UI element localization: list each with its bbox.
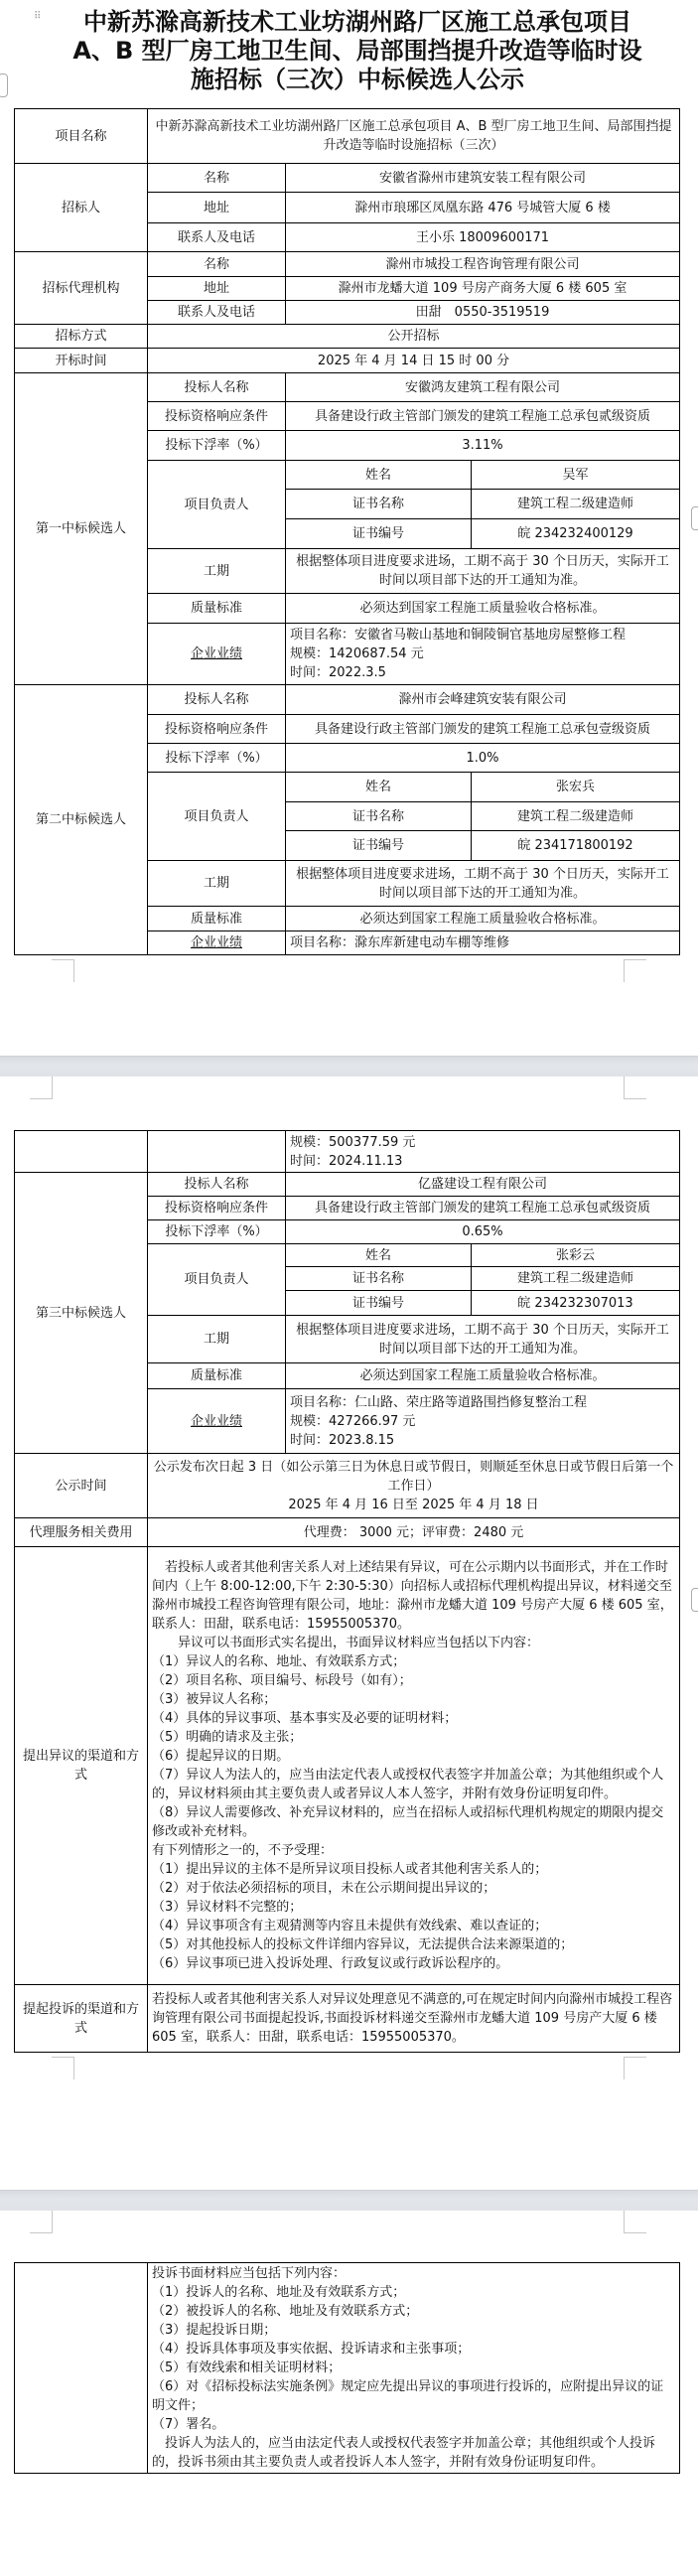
field-label: 项目负责人 bbox=[148, 461, 286, 549]
title-line-1: 中新苏滁高新技术工业坊湖州路厂区施工总承包项目 bbox=[60, 8, 655, 37]
field-label: 企业业绩 bbox=[148, 624, 286, 685]
agency-label: 招标代理机构 bbox=[15, 252, 148, 325]
bid-info-table-continued: 规模：500377.59 元 时间：2024.11.13 第三中标候选人 投标人… bbox=[14, 1130, 680, 2053]
document-page-1: ⠿ 中新苏滁高新技术工业坊湖州路厂区施工总承包项目 A、B 型厂房工地卫生间、局… bbox=[0, 0, 698, 1056]
objection-label: 提出异议的渠道和方式 bbox=[15, 1547, 148, 1985]
field-label: 企业业绩 bbox=[148, 1389, 286, 1454]
candidate-2-bidder: 滁州市会峰建筑安装有限公司 bbox=[286, 685, 680, 715]
title-line-3: 施招标（三次）中标候选人公示 bbox=[60, 66, 655, 94]
candidate-2-cert-no: 皖 234171800192 bbox=[472, 831, 680, 861]
field-label: 项目负责人 bbox=[148, 1244, 286, 1316]
candidate-1-float-rate: 3.11% bbox=[286, 431, 680, 461]
candidate-2-manager-name: 张宏兵 bbox=[472, 773, 680, 802]
field-label: 地址 bbox=[148, 277, 286, 301]
field-label: 姓名 bbox=[286, 773, 472, 802]
objection-text: 若投标人或者其他利害关系人对上述结果有异议，可在公示期内以书面形式，并在工作时间… bbox=[148, 1547, 680, 1985]
page-corner-mark bbox=[30, 1076, 53, 1099]
candidate-3-cert-no: 皖 234232307013 bbox=[472, 1291, 680, 1316]
candidate-2-qualification: 具备建设行政主管部门颁发的建筑工程施工总承包壹级资质 bbox=[286, 715, 680, 744]
field-label: 投标下浮率（%） bbox=[148, 744, 286, 773]
fees-value: 代理费： 3000 元；评审费：2480 元 bbox=[148, 1518, 680, 1547]
field-label: 姓名 bbox=[286, 1244, 472, 1267]
document-page-2: 规模：500377.59 元 时间：2024.11.13 第三中标候选人 投标人… bbox=[0, 1076, 698, 2090]
page-corner-mark bbox=[624, 2057, 646, 2079]
candidate-3-float-rate: 0.65% bbox=[286, 1220, 680, 1244]
project-name-value: 中新苏滁高新技术工业坊湖州路厂区施工总承包项目 A、B 型厂房工地卫生间、局部围… bbox=[148, 109, 680, 164]
agency-address: 滁州市龙蟠大道 109 号房产商务大厦 6 楼 605 室 bbox=[286, 277, 680, 301]
field-label: 投标人名称 bbox=[148, 685, 286, 715]
field-label: 投标人名称 bbox=[148, 1173, 286, 1197]
candidate-3-qualification: 具备建设行政主管部门颁发的建筑工程施工总承包贰级资质 bbox=[286, 1197, 680, 1220]
bid-info-table-continued-2: 投诉书面材料应当包括下列内容： （1）投诉人的名称、地址及有效联系方式； （2）… bbox=[14, 2262, 680, 2474]
page-separator bbox=[0, 2190, 698, 2212]
candidate-3-label: 第三中标候选人 bbox=[15, 1173, 148, 1454]
page-corner-mark bbox=[30, 2211, 53, 2233]
method-label: 招标方式 bbox=[15, 325, 148, 349]
candidate-1-label: 第一中标候选人 bbox=[15, 373, 148, 685]
empty-cell bbox=[148, 1131, 286, 1173]
page-title: 中新苏滁高新技术工业坊湖州路厂区施工总承包项目 A、B 型厂房工地卫生间、局部围… bbox=[60, 8, 655, 94]
candidate-1-cert-name: 建筑工程二级建造师 bbox=[472, 490, 680, 519]
field-label: 投标资格响应条件 bbox=[148, 715, 286, 744]
page-separator bbox=[0, 1056, 698, 1077]
candidate-1-quality: 必须达到国家工程施工质量验收合格标准。 bbox=[286, 594, 680, 624]
field-label: 姓名 bbox=[286, 461, 472, 490]
method-value: 公开招标 bbox=[148, 325, 680, 349]
page-corner-mark bbox=[624, 2211, 646, 2233]
field-label: 工期 bbox=[148, 549, 286, 594]
candidate-2-quality: 必须达到国家工程施工质量验收合格标准。 bbox=[286, 907, 680, 931]
candidate-2-performance-part2: 规模：500377.59 元 时间：2024.11.13 bbox=[286, 1131, 680, 1173]
page-corner-mark bbox=[624, 1076, 646, 1099]
field-label: 证书名称 bbox=[286, 1267, 472, 1291]
complaint-text: 若投标人或者其他利害关系人对异议处理意见不满意的,可在规定时间内向滁州市城投工程… bbox=[148, 1985, 680, 2053]
field-label: 证书编号 bbox=[286, 831, 472, 861]
field-label: 工期 bbox=[148, 861, 286, 907]
field-label: 名称 bbox=[148, 164, 286, 193]
right-side-tab[interactable] bbox=[691, 1588, 698, 1612]
candidate-1-performance: 项目名称：安徽省马鞍山基地和铜陵铜官基地房屋整修工程 规模：1420687.54… bbox=[286, 624, 680, 685]
tenderer-contact: 王小乐 18009600171 bbox=[286, 223, 680, 252]
candidate-2-duration: 根据整体项目进度要求进场，工期不高于 30 个日历天，实际开工时间以项目部下达的… bbox=[286, 861, 680, 907]
empty-cell bbox=[15, 1131, 148, 1173]
publicity-label: 公示时间 bbox=[15, 1454, 148, 1518]
candidate-1-bidder: 安徽鸿友建筑工程有限公司 bbox=[286, 373, 680, 402]
candidate-2-performance-part1: 项目名称：滁东库新建电动车棚等维修 bbox=[286, 931, 680, 955]
field-label: 地址 bbox=[148, 193, 286, 223]
empty-cell bbox=[15, 2263, 148, 2474]
field-label: 投标资格响应条件 bbox=[148, 402, 286, 431]
opening-value: 2025 年 4 月 14 日 15 时 00 分 bbox=[148, 349, 680, 373]
candidate-1-duration: 根据整体项目进度要求进场，工期不高于 30 个日历天，实际开工时间以项目部下达的… bbox=[286, 549, 680, 594]
page-corner-mark bbox=[52, 2057, 74, 2079]
opening-label: 开标时间 bbox=[15, 349, 148, 373]
candidate-3-performance: 项目名称：仁山路、荣庄路等道路围挡修复整治工程 规模：427266.97 元 时… bbox=[286, 1389, 680, 1454]
candidate-2-float-rate: 1.0% bbox=[286, 744, 680, 773]
tenderer-label: 招标人 bbox=[15, 164, 148, 252]
agency-contact: 田甜 0550-3519519 bbox=[286, 301, 680, 325]
candidate-3-manager-name: 张彩云 bbox=[472, 1244, 680, 1267]
field-label: 质量标准 bbox=[148, 594, 286, 624]
field-label: 项目负责人 bbox=[148, 773, 286, 861]
candidate-3-quality: 必须达到国家工程施工质量验收合格标准。 bbox=[286, 1363, 680, 1389]
left-side-tab[interactable] bbox=[0, 73, 8, 97]
candidate-3-duration: 根据整体项目进度要求进场，工期不高于 30 个日历天，实际开工时间以项目部下达的… bbox=[286, 1316, 680, 1363]
candidate-1-manager-name: 吴军 bbox=[472, 461, 680, 490]
field-label: 证书名称 bbox=[286, 802, 472, 831]
candidate-3-bidder: 亿盛建设工程有限公司 bbox=[286, 1173, 680, 1197]
field-label: 质量标准 bbox=[148, 907, 286, 931]
field-label: 投标下浮率（%） bbox=[148, 1220, 286, 1244]
field-label: 证书名称 bbox=[286, 490, 472, 519]
right-side-tab[interactable] bbox=[691, 506, 698, 530]
agency-name: 滁州市城投工程咨询管理有限公司 bbox=[286, 252, 680, 277]
candidate-2-cert-name: 建筑工程二级建造师 bbox=[472, 802, 680, 831]
field-label: 投标下浮率（%） bbox=[148, 431, 286, 461]
complaint-label: 提起投诉的渠道和方式 bbox=[15, 1985, 148, 2053]
field-label: 工期 bbox=[148, 1316, 286, 1363]
field-label: 名称 bbox=[148, 252, 286, 277]
field-label: 证书编号 bbox=[286, 519, 472, 549]
field-label: 联系人及电话 bbox=[148, 223, 286, 252]
field-label: 企业业绩 bbox=[148, 931, 286, 955]
page-corner-mark bbox=[52, 959, 74, 982]
field-label: 联系人及电话 bbox=[148, 301, 286, 325]
publicity-value: 公示发布次日起 3 日（如公示第三日为休息日或节假日，则顺延至休息日或节假日后第… bbox=[148, 1454, 680, 1518]
candidate-3-cert-name: 建筑工程二级建造师 bbox=[472, 1267, 680, 1291]
field-label: 证书编号 bbox=[286, 1291, 472, 1316]
bid-info-table: 项目名称 中新苏滁高新技术工业坊湖州路厂区施工总承包项目 A、B 型厂房工地卫生… bbox=[14, 108, 680, 955]
complaint-materials-text: 投诉书面材料应当包括下列内容： （1）投诉人的名称、地址及有效联系方式； （2）… bbox=[148, 2263, 680, 2474]
field-label: 投标资格响应条件 bbox=[148, 1197, 286, 1220]
tenderer-address: 滁州市琅琊区凤凰东路 476 号城管大厦 6 楼 bbox=[286, 193, 680, 223]
document-page-3: 投诉书面材料应当包括下列内容： （1）投诉人的名称、地址及有效联系方式； （2）… bbox=[0, 2211, 698, 2576]
project-name-label: 项目名称 bbox=[15, 109, 148, 164]
field-label: 投标人名称 bbox=[148, 373, 286, 402]
title-line-2: A、B 型厂房工地卫生间、局部围挡提升改造等临时设 bbox=[60, 37, 655, 66]
fees-label: 代理服务相关费用 bbox=[15, 1518, 148, 1547]
field-label: 质量标准 bbox=[148, 1363, 286, 1389]
candidate-1-cert-no: 皖 234232400129 bbox=[472, 519, 680, 549]
page-corner-mark bbox=[624, 959, 646, 982]
candidate-1-qualification: 具备建设行政主管部门颁发的建筑工程施工总承包贰级资质 bbox=[286, 402, 680, 431]
tenderer-name: 安徽省滁州市建筑安装工程有限公司 bbox=[286, 164, 680, 193]
drag-handle-icon[interactable]: ⠿ bbox=[34, 14, 42, 20]
candidate-2-label: 第二中标候选人 bbox=[15, 685, 148, 955]
